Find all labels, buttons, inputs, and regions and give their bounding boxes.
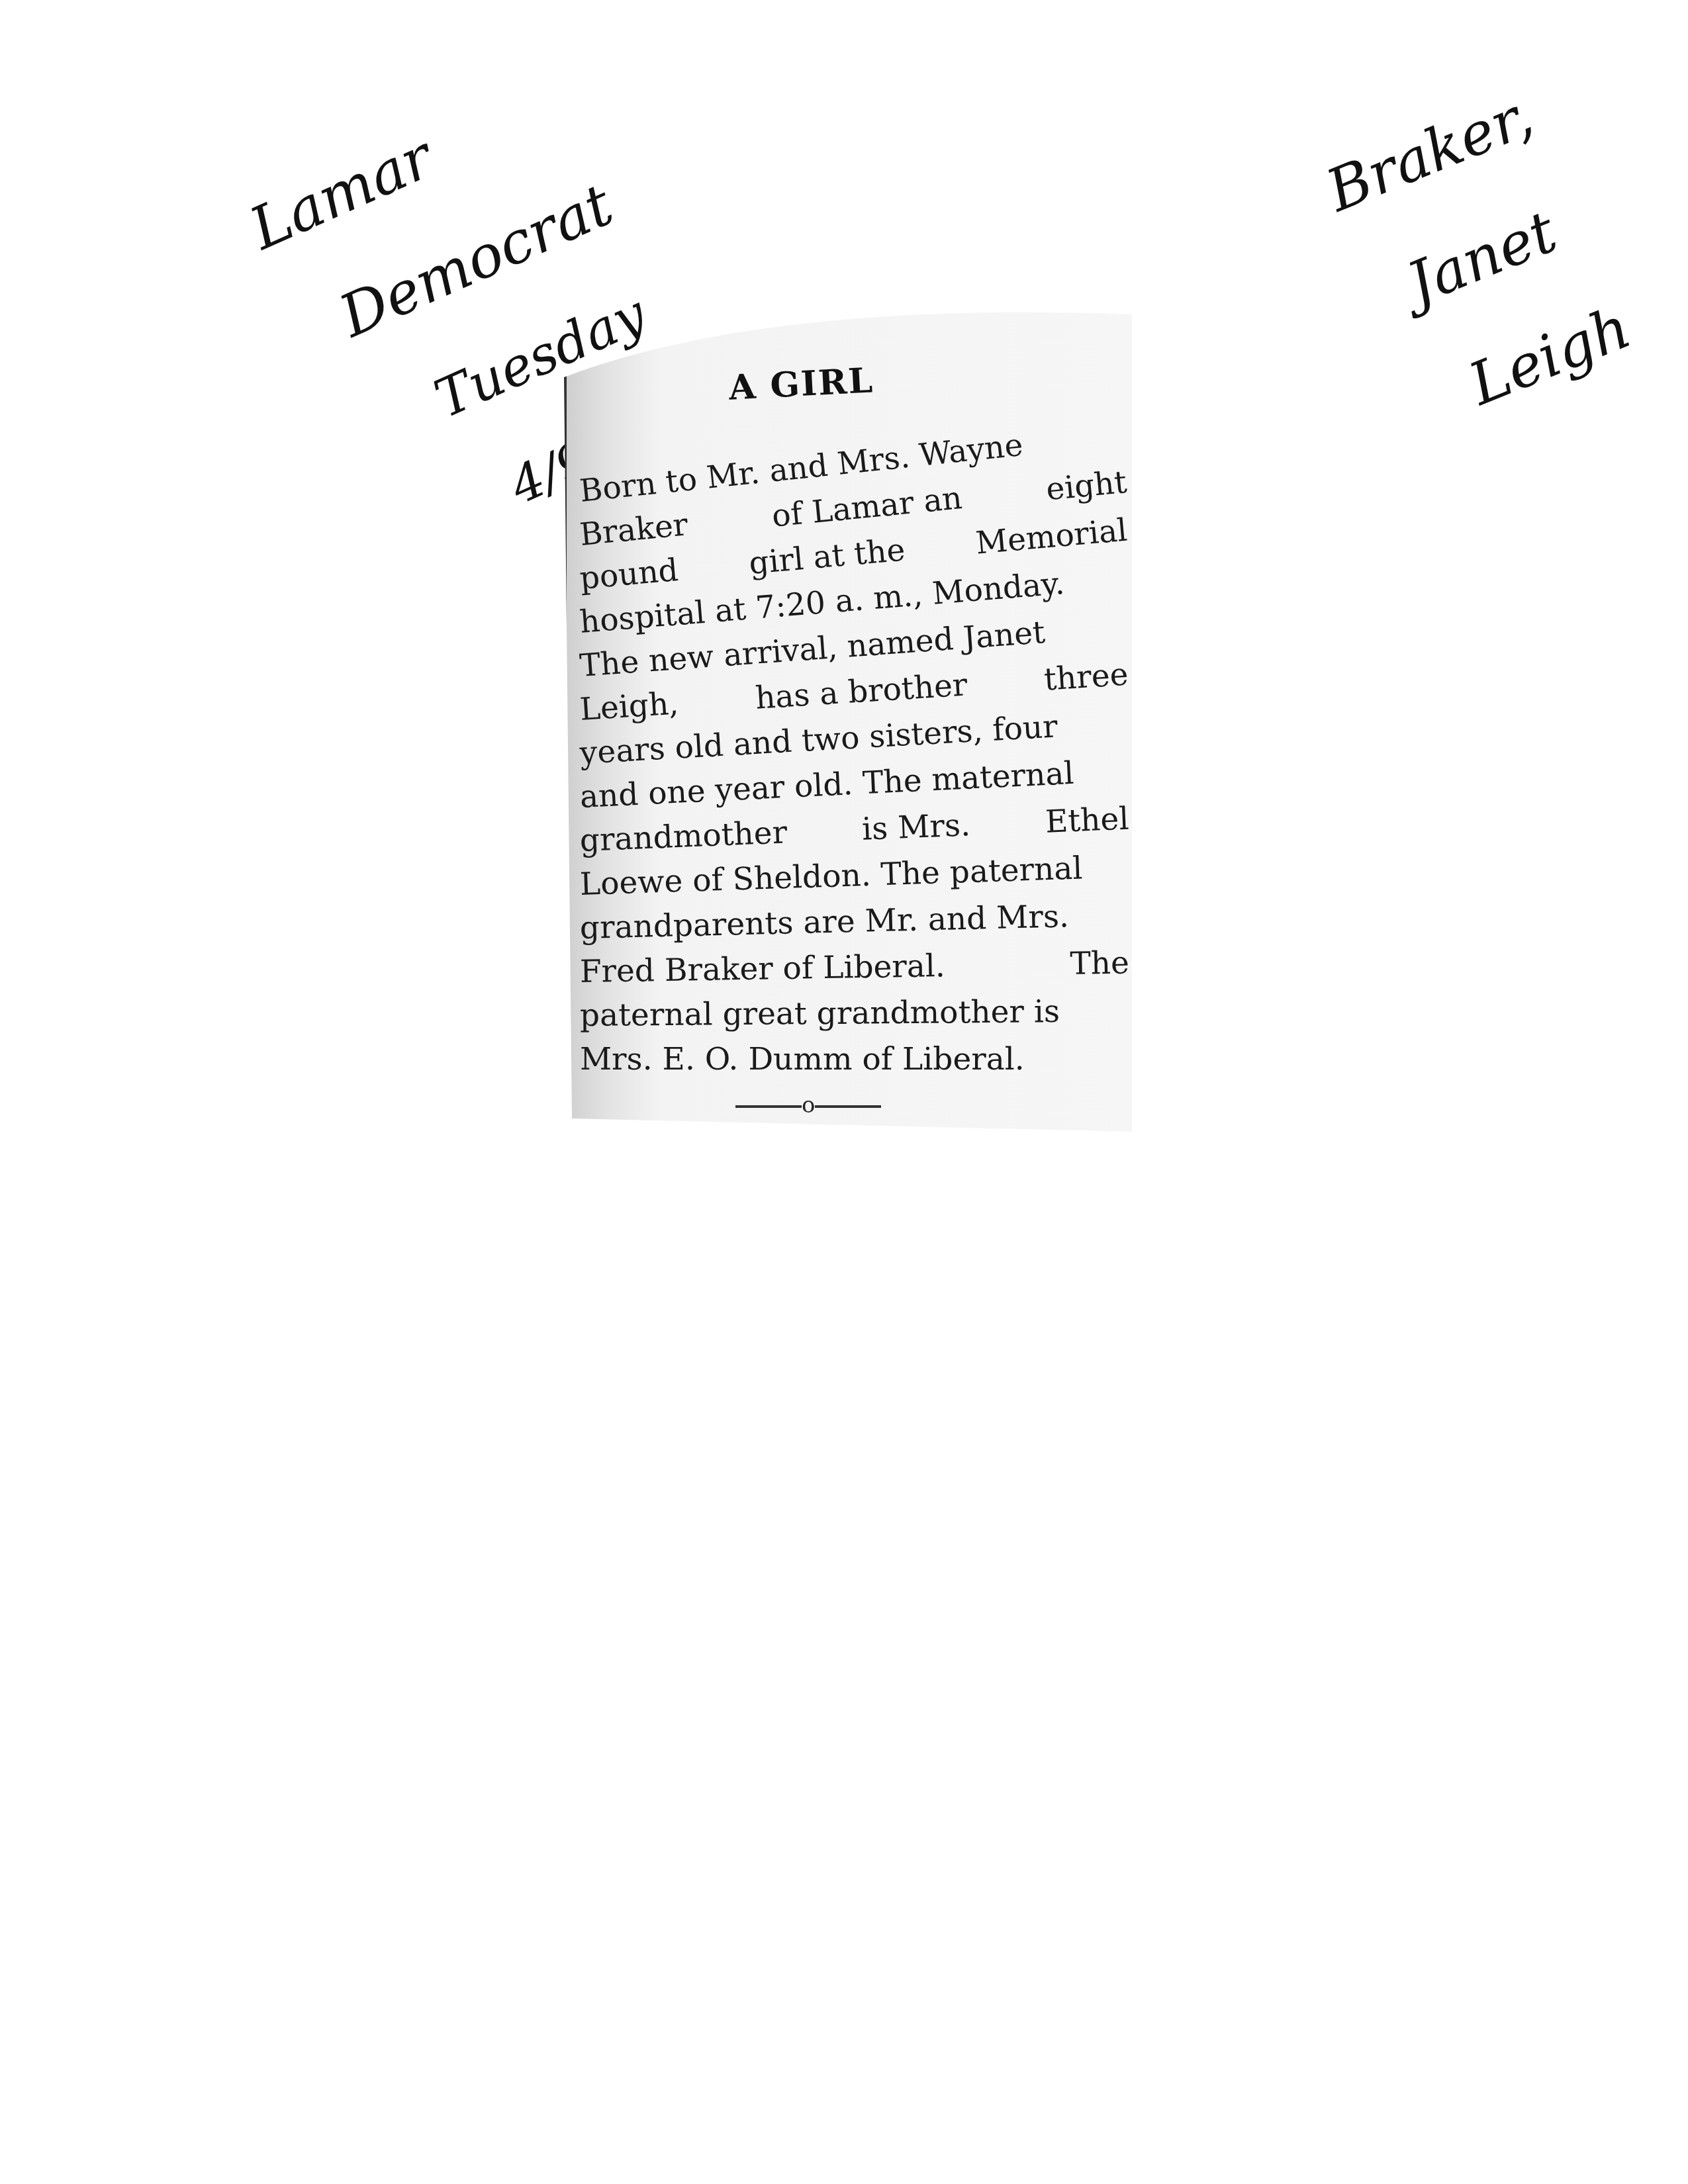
article-text: Memorial — [974, 509, 1129, 566]
article-text: grandmother — [579, 811, 788, 863]
bottom-separator: o — [735, 1092, 881, 1118]
article-text: Fred Braker of Liberal. — [579, 944, 945, 994]
article-text: The — [1070, 942, 1129, 986]
article-text: Ethel — [1045, 797, 1130, 844]
article-text: is Mrs. — [861, 803, 971, 852]
article-text: paternal great grandmother is — [580, 990, 1060, 1038]
article-line: Fred Braker of Liberal.The — [579, 942, 1129, 994]
article-text: pound — [578, 549, 680, 601]
newspaper-clipping: o A GIRL Born to Mr. and Mrs. WayneBrake… — [564, 301, 1135, 1132]
note-line: Janet — [1400, 190, 1595, 314]
article-text: eight — [1044, 461, 1129, 512]
article-text: Leigh, — [579, 682, 680, 731]
article-body: Born to Mr. and Mrs. WayneBrakerof Lamar… — [580, 470, 1129, 1081]
note-line: Braker, — [1319, 82, 1551, 221]
note-line: Leigh — [1462, 298, 1638, 414]
article-line: Mrs. E. O. Dumm of Liberal. — [580, 1038, 1129, 1081]
article-line: paternal great grandmother is — [580, 989, 1130, 1038]
handwritten-name-note: Braker, Janet Leigh — [1297, 28, 1660, 490]
headline: A GIRL — [728, 360, 875, 408]
top-separator: o — [725, 298, 872, 330]
article-text: three — [1043, 653, 1129, 702]
article-text: Mrs. E. O. Dumm of Liberal. — [580, 1038, 1025, 1081]
